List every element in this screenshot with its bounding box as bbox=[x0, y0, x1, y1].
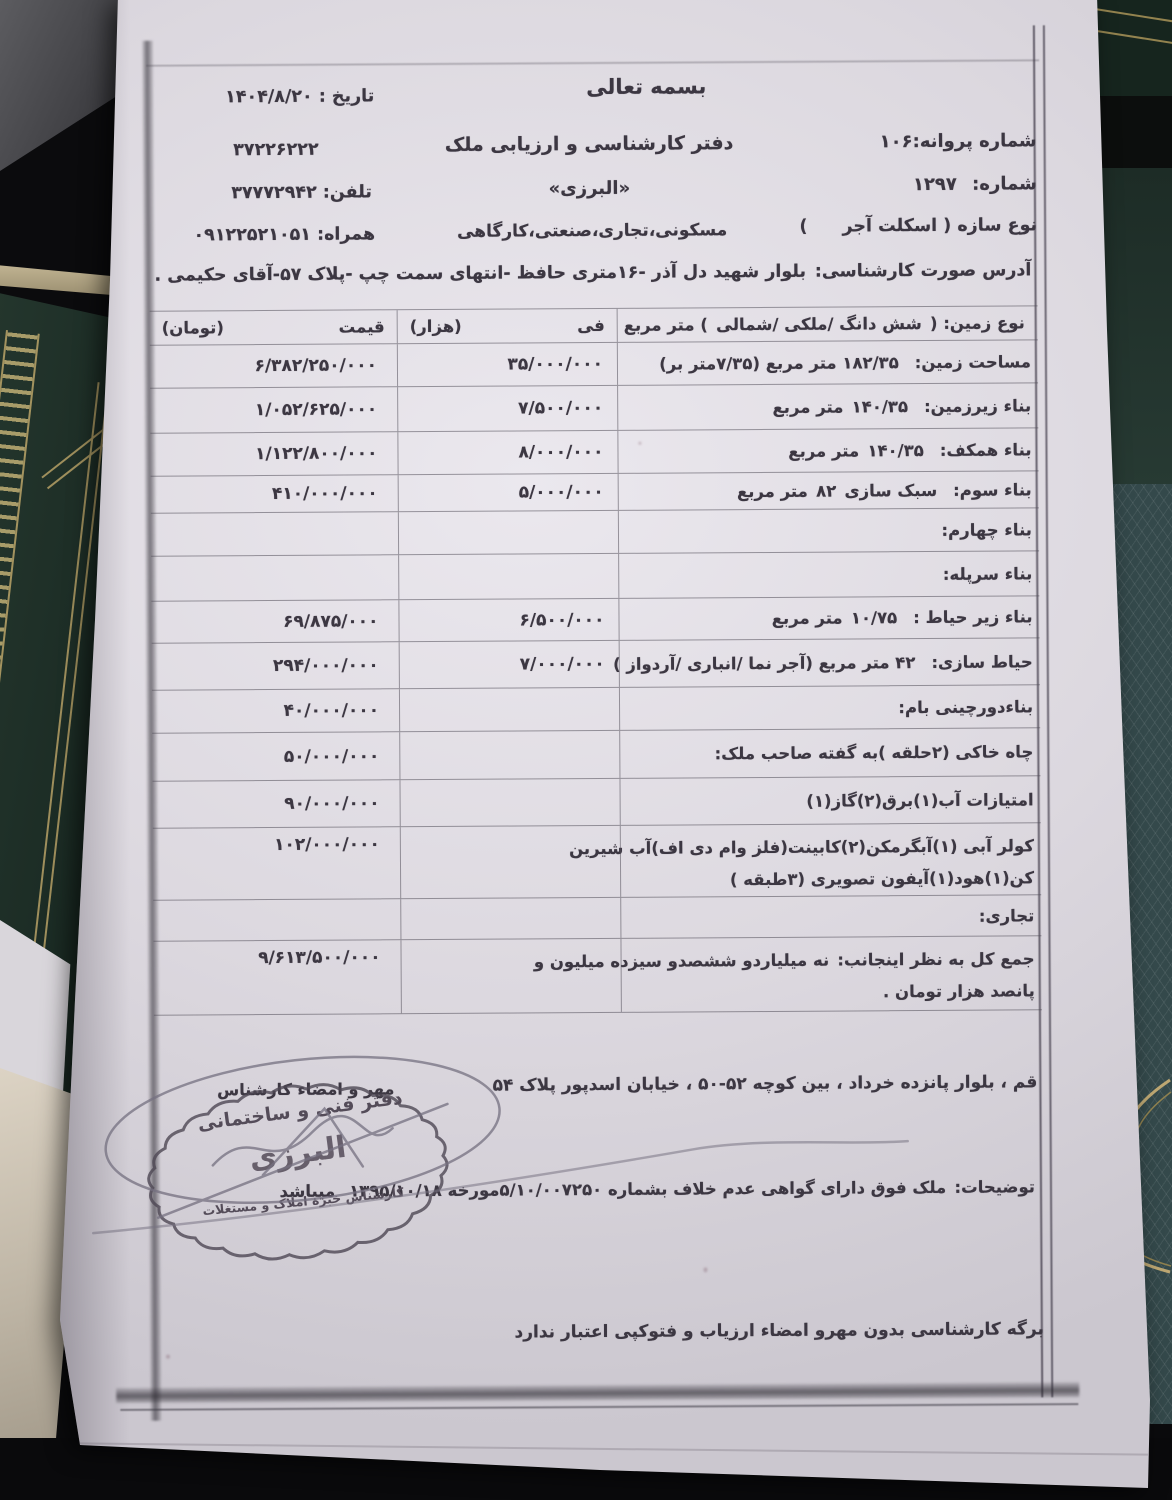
row-fee-cell bbox=[400, 898, 621, 939]
inspection-address: آدرس صورت کارشناسی: بلوار شهید دل آذر -۱… bbox=[154, 260, 1031, 285]
table-row: کولر آبی (۱)آبگرمکن(۲)کابینت(فلز وام دی … bbox=[153, 823, 1041, 900]
row-label-cell: بناء زیرزمین:۱۴۰/۳۵ متر مربع bbox=[618, 383, 1038, 430]
paper-blemish bbox=[638, 442, 641, 445]
office-name: «البرزی» bbox=[477, 177, 702, 199]
row-price-cell: ۱/۱۲۲/۸۰۰/۰۰۰ bbox=[150, 432, 397, 476]
paper-blemish bbox=[703, 1267, 707, 1272]
table-row: بناء زیرزمین:۱۴۰/۳۵ متر مربع۷/۵۰۰/۰۰۰۱/۰… bbox=[150, 383, 1038, 433]
date-field: تاریخ : ۱۴۰۴/۸/۲۰ bbox=[225, 86, 374, 107]
row-label-cell: بناءدورچینی بام: bbox=[620, 685, 1040, 730]
table-row: بناء زیر حیاط :۱۰/۷۵ متر مربع۶/۵۰۰/۰۰۰۶۹… bbox=[151, 596, 1039, 643]
row-fee-cell: ۵/۰۰۰/۰۰۰ bbox=[398, 474, 619, 511]
photo-of-appraisal-document: بسمه تعالی شماره پروانه:۱۰۶ شماره: ۱۲۹۷ … bbox=[0, 0, 1172, 1500]
row-label-cell: حیاط سازی:۴۲ متر مربع (آجر نما /انباری /… bbox=[620, 638, 1040, 687]
row-label-cell: کولر آبی (۱)آبگرمکن(۲)کابینت(فلز وام دی … bbox=[621, 823, 1041, 897]
row-price-cell: ۱/۰۵۲/۶۲۵/۰۰۰ bbox=[150, 387, 397, 433]
row-fee-cell: ۳۵/۰۰۰/۰۰۰ bbox=[397, 343, 618, 386]
office-title: دفتر کارشناسی و ارزیابی ملک bbox=[437, 132, 742, 156]
license-number: شماره پروانه:۱۰۶ bbox=[880, 130, 1037, 152]
appraisal-sheet: بسمه تعالی شماره پروانه:۱۰۶ شماره: ۱۲۹۷ … bbox=[0, 0, 1172, 1500]
photocopy-border-bottom bbox=[116, 1382, 1079, 1403]
serial-number: شماره: ۱۲۹۷ bbox=[913, 173, 1037, 195]
table-row: امتیازات آب(۱)برق(۲)گاز(۱)۹۰/۰۰۰/۰۰۰ bbox=[152, 776, 1040, 828]
table-row: چاه خاکی (۲حلقه )به گفته صاحب ملک:۵۰/۰۰۰… bbox=[152, 728, 1040, 781]
row-price-cell: ۹۰/۰۰۰/۰۰۰ bbox=[152, 780, 399, 828]
usage-types: مسکونی،تجاری،صنعتی،کارگاهی bbox=[427, 220, 757, 242]
row-price-cell: ۴۱۰/۰۰۰/۰۰۰ bbox=[151, 475, 398, 513]
row-fee-cell bbox=[400, 939, 621, 1013]
row-label-cell: تجاری: bbox=[621, 895, 1041, 938]
table-row: بناء سوم:سبک سازی ۸۲ متر مربع۵/۰۰۰/۰۰۰۴۱… bbox=[151, 471, 1039, 513]
header-price: قیمت(تومان) bbox=[150, 310, 397, 345]
table-row: بناء چهارم: bbox=[151, 508, 1039, 556]
row-fee-cell bbox=[400, 826, 621, 898]
sheet-content: بسمه تعالی شماره پروانه:۱۰۶ شماره: ۱۲۹۷ … bbox=[0, 0, 1172, 1500]
row-fee-cell bbox=[399, 779, 620, 826]
row-label-cell: بناء سوم:سبک سازی ۸۲ متر مربع bbox=[619, 471, 1039, 510]
row-fee-cell bbox=[399, 688, 620, 731]
row-price-cell: ۶۹/۸۷۵/۰۰۰ bbox=[151, 600, 398, 643]
phone-number: تلفن: ۳۷۷۷۲۹۴۲ bbox=[231, 182, 372, 203]
row-label-cell: بناء همکف:۱۴۰/۳۵ متر مربع bbox=[618, 428, 1038, 473]
row-price-cell bbox=[151, 512, 398, 556]
photocopy-border-bottom-line bbox=[120, 1403, 1078, 1411]
row-price-cell bbox=[151, 555, 398, 601]
structure-type: نوع سازه ( اسکلت آجر ) bbox=[799, 215, 1037, 236]
row-label-cell: جمع کل به نظر اینجانب: نه میلیاردو ششصدو… bbox=[621, 936, 1041, 1012]
table-row: حیاط سازی:۴۲ متر مربع (آجر نما /انباری /… bbox=[152, 638, 1040, 690]
header-land-type: نوع زمین: ( شش دانگ /ملکی /شمالی ) متر م… bbox=[618, 306, 1038, 342]
row-label-cell: بناء سرپله: bbox=[619, 551, 1039, 598]
table-row: تجاری: bbox=[153, 895, 1041, 941]
basmala: بسمه تعالی bbox=[516, 74, 776, 100]
row-fee-cell bbox=[398, 554, 619, 599]
row-fee-cell: ۸/۰۰۰/۰۰۰ bbox=[397, 431, 618, 474]
row-fee-cell: ۷/۵۰۰/۰۰۰ bbox=[397, 386, 618, 431]
paper-blemish bbox=[166, 1355, 170, 1359]
phone-extra: ۳۷۲۲۶۲۲۲ bbox=[233, 140, 319, 161]
table-row: بناء همکف:۱۴۰/۳۵ متر مربع۸/۰۰۰/۰۰۰۱/۱۲۲/… bbox=[150, 428, 1038, 476]
table-row: مساحت زمین:۱۸۲/۳۵ متر مربع (۷/۳۵متر بر)۳… bbox=[150, 340, 1038, 388]
paper-shadow: بسمه تعالی شماره پروانه:۱۰۶ شماره: ۱۲۹۷ … bbox=[0, 0, 1172, 1500]
appraisal-table: نوع زمین: ( شش دانگ /ملکی /شمالی ) متر م… bbox=[150, 305, 1042, 1015]
validity-note: برگه کارشناسی بدون مهرو امضاء ارزیاب و ف… bbox=[514, 1319, 1044, 1342]
row-fee-cell bbox=[398, 511, 619, 554]
row-label-cell: مساحت زمین:۱۸۲/۳۵ متر مربع (۷/۳۵متر بر) bbox=[618, 340, 1038, 385]
table-row: بناءدورچینی بام:۴۰/۰۰۰/۰۰۰ bbox=[152, 685, 1040, 733]
row-fee-cell: ۶/۵۰۰/۰۰۰ bbox=[398, 599, 619, 641]
row-label-cell: امتیازات آب(۱)برق(۲)گاز(۱) bbox=[620, 776, 1040, 825]
row-price-cell: ۶/۳۸۲/۲۵۰/۰۰۰ bbox=[150, 344, 397, 388]
row-fee-cell bbox=[399, 731, 620, 779]
table-row: جمع کل به نظر اینجانب: نه میلیاردو ششصدو… bbox=[153, 936, 1041, 1015]
row-price-cell: ۴۰/۰۰۰/۰۰۰ bbox=[152, 689, 399, 733]
mobile-number: همراه: ۰۹۱۲۲۵۲۱۰۵۱ bbox=[193, 224, 375, 245]
row-price-cell: ۹/۶۱۳/۵۰۰/۰۰۰ bbox=[153, 940, 400, 1015]
signature-icon bbox=[62, 1013, 944, 1278]
row-label-cell: بناء چهارم: bbox=[619, 508, 1039, 553]
row-fee-cell: ۷/۰۰۰/۰۰۰ bbox=[399, 641, 620, 688]
header-fee: فی(هزار) bbox=[397, 309, 618, 343]
row-price-cell: ۱۰۲/۰۰۰/۰۰۰ bbox=[153, 827, 400, 900]
photocopy-border-top bbox=[146, 59, 1039, 66]
row-price-cell bbox=[153, 899, 400, 941]
table-row: بناء سرپله: bbox=[151, 551, 1039, 601]
row-price-cell: ۵۰/۰۰۰/۰۰۰ bbox=[152, 732, 399, 781]
table-header-row: نوع زمین: ( شش دانگ /ملکی /شمالی ) متر م… bbox=[150, 306, 1038, 345]
row-label-cell: چاه خاکی (۲حلقه )به گفته صاحب ملک: bbox=[620, 728, 1040, 778]
row-label-cell: بناء زیر حیاط :۱۰/۷۵ متر مربع bbox=[619, 596, 1039, 640]
row-price-cell: ۲۹۴/۰۰۰/۰۰۰ bbox=[152, 642, 399, 690]
